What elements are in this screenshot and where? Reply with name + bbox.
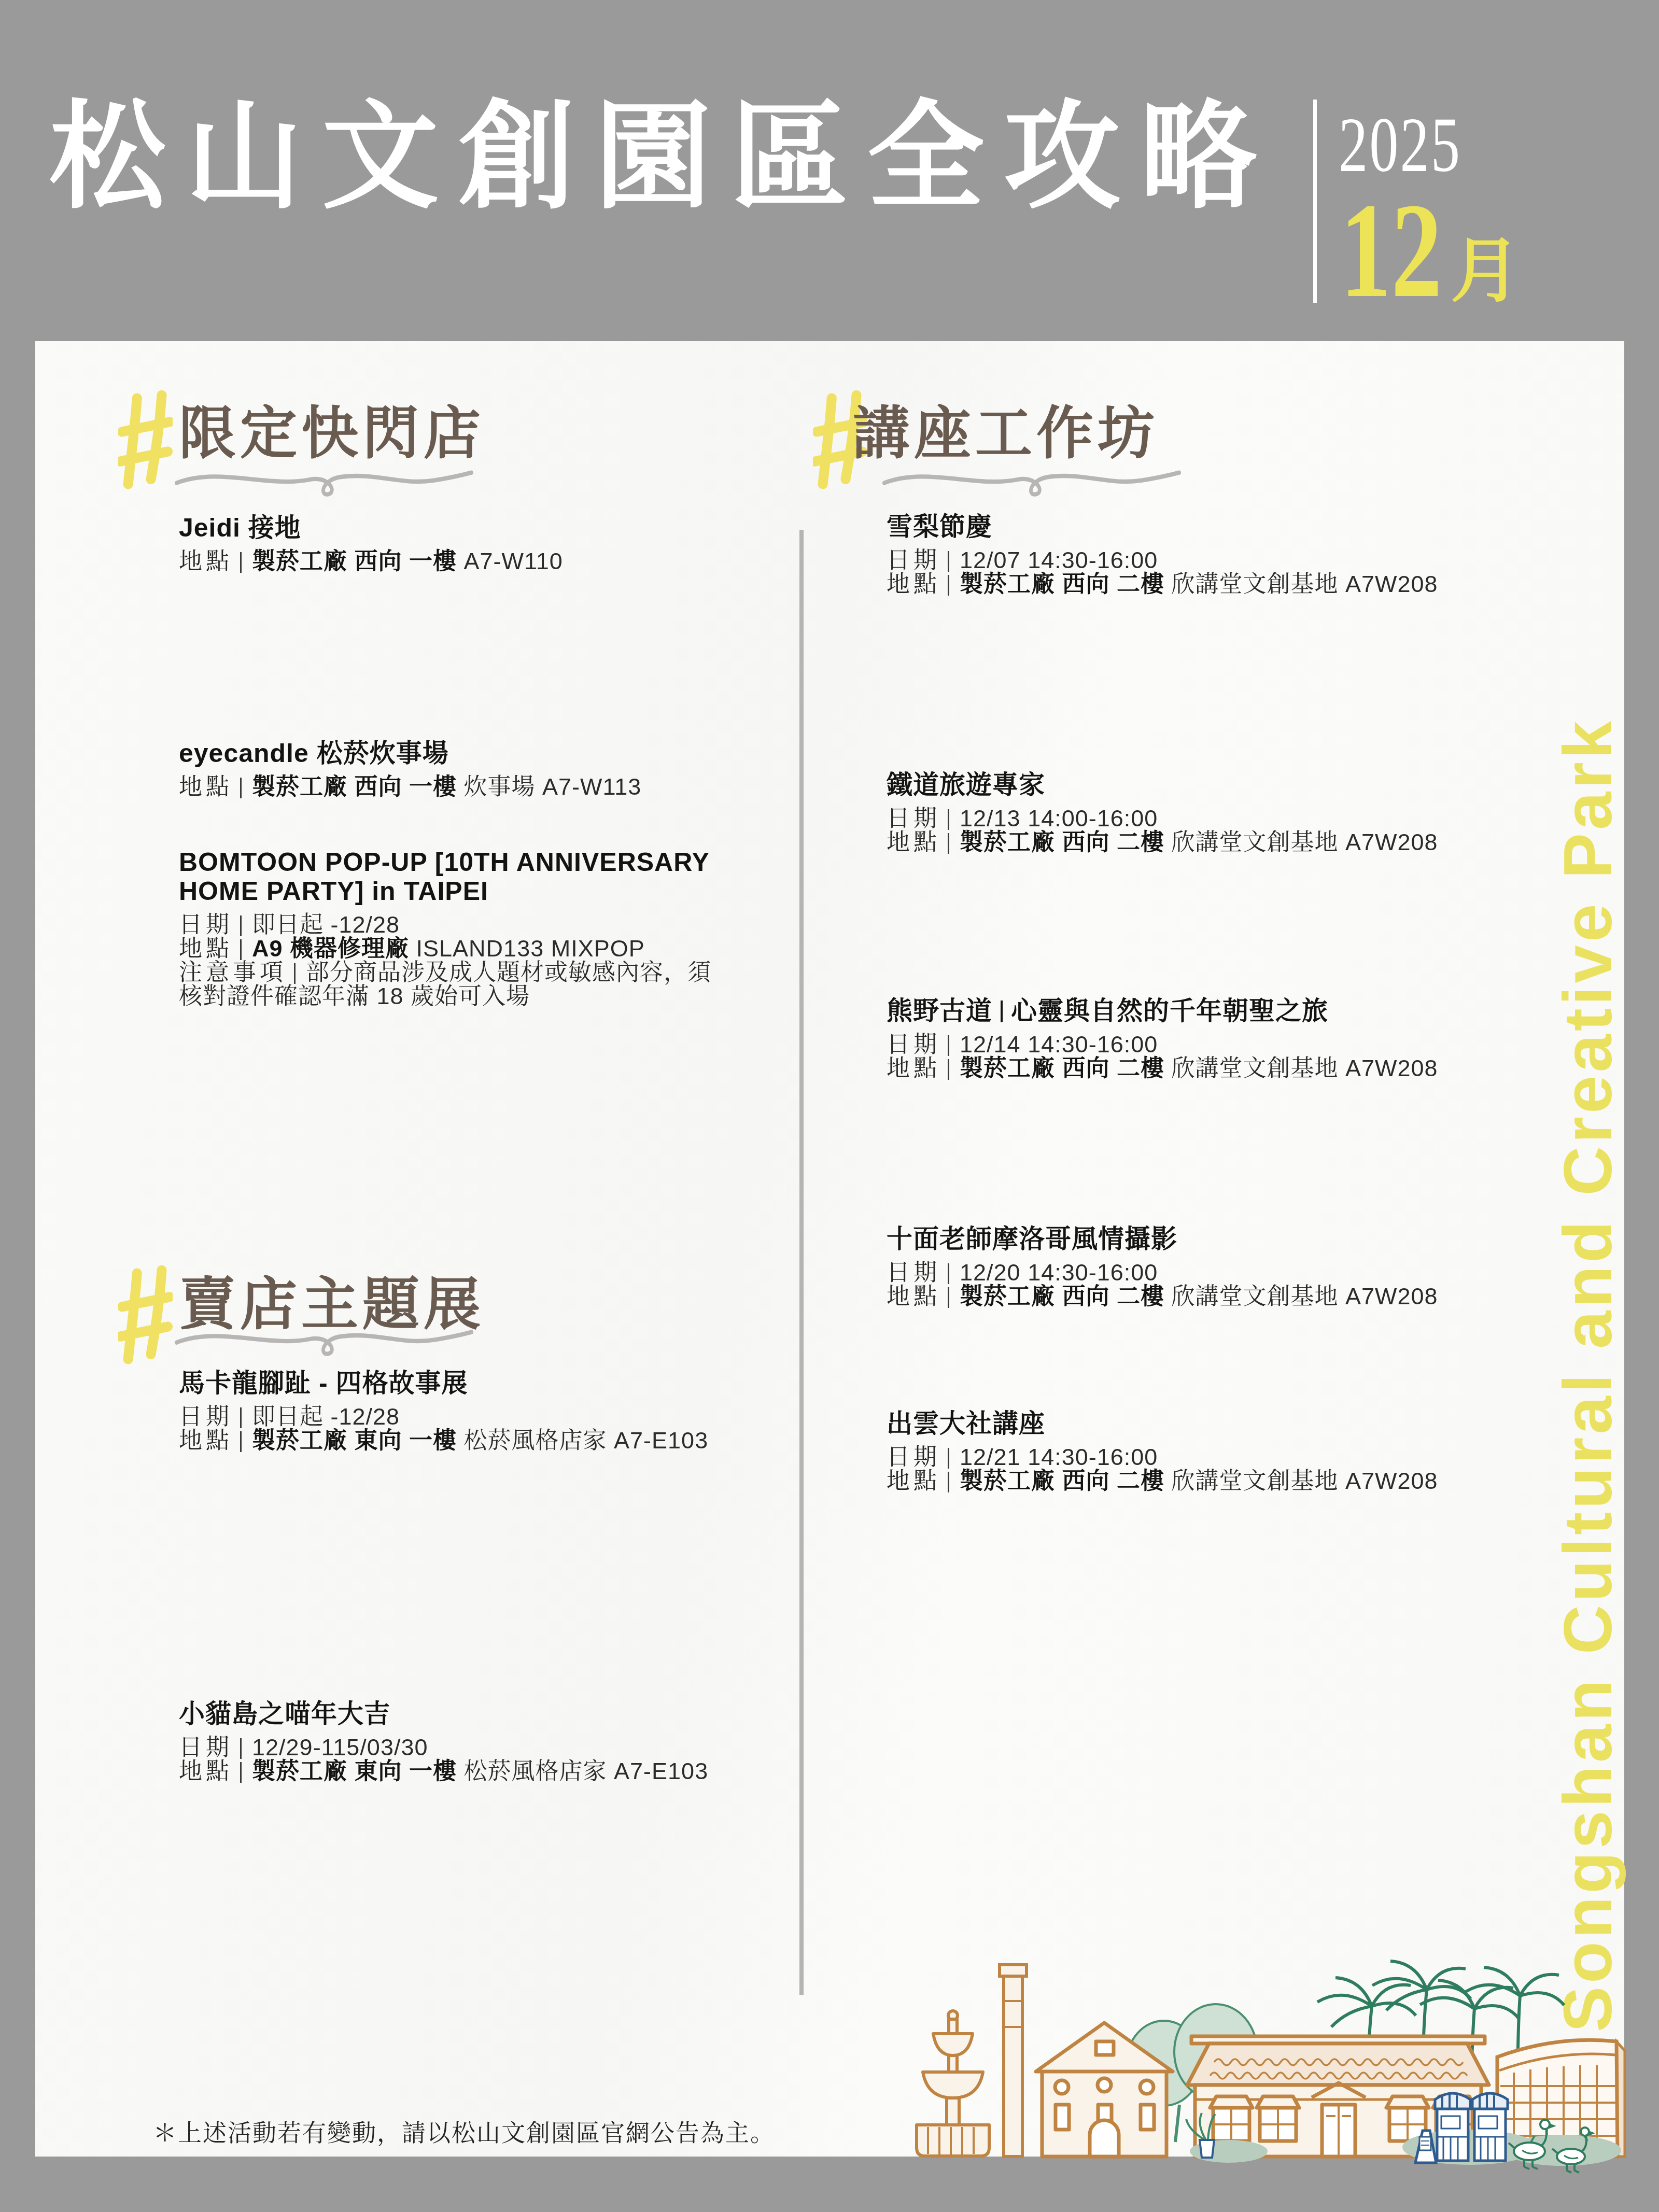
row-value: ISLAND133 MIXPOP — [416, 935, 645, 962]
event-title: BOMTOON POP-UP [10TH ANNIVERSARY — [179, 848, 711, 877]
event-location-row: 地點A9 機器修理廠 ISLAND133 MIXPOP — [179, 937, 711, 961]
separator-bar — [240, 1431, 242, 1452]
separator-bar — [948, 1448, 949, 1469]
row-value: 即日起 -12/28 — [252, 911, 400, 938]
poster-title: 松山文創園區全攻略 — [49, 98, 1276, 215]
row-label: 地點 — [179, 1427, 233, 1454]
event-date-row: 日期12/07 14:30-16:00 — [887, 548, 1438, 572]
event-title: 出雲大社講座 — [887, 1409, 1438, 1438]
event-date-row: 日期即日起 -12/28 — [179, 1405, 708, 1429]
event-location-row: 地點製菸工廠 西向 二樓 欣講堂文創基地 A7W208 — [887, 1285, 1438, 1308]
column-divider-line — [799, 530, 804, 1995]
event-title-line2: HOME PARTY] in TAIPEI — [179, 877, 711, 906]
event-note-row: 注意事項部分商品涉及成人題材或敏感內容，須 — [179, 961, 711, 984]
separator-bar — [948, 1035, 949, 1056]
event-location-row: 地點製菸工廠 西向 二樓 欣講堂文創基地 A7W208 — [887, 1469, 1438, 1493]
event-title: 鐵道旅遊專家 — [887, 770, 1438, 799]
event-location-row: 地點製菸工廠 東向 一樓 松菸風格店家 A7-E103 — [179, 1429, 708, 1453]
park-illustration — [897, 1934, 1628, 2188]
row-value-bold: 製菸工廠 西向 一樓 — [252, 773, 457, 800]
squiggle-underline — [174, 461, 474, 500]
row-value-bold: 製菸工廠 西向 二樓 — [960, 1283, 1164, 1309]
row-value: 欣講堂文創基地 A7W208 — [1172, 1055, 1438, 1081]
squiggle-underline — [881, 461, 1182, 500]
row-value-bold: 製菸工廠 西向 一樓 — [252, 548, 457, 574]
section-title-workshop: 講座工作坊 — [853, 405, 1159, 462]
event-morocco-photography: 十面老師摩洛哥風情攝影 日期12/20 14:30-16:00 地點製菸工廠 西… — [887, 1224, 1438, 1308]
event-sydney-festival: 雪梨節慶 日期12/07 14:30-16:00 地點製菸工廠 西向 二樓 欣講… — [887, 512, 1438, 596]
event-location-row: 地點製菸工廠 西向 二樓 欣講堂文創基地 A7W208 — [887, 572, 1438, 596]
year-label: 2025 — [1339, 106, 1461, 184]
row-label: 日期 — [179, 1734, 233, 1760]
row-value-bold: 製菸工廠 東向 一樓 — [252, 1758, 457, 1784]
row-label: 地點 — [179, 773, 233, 800]
row-label: 地點 — [179, 548, 233, 574]
event-date-row: 日期12/20 14:30-16:00 — [887, 1261, 1438, 1285]
event-bomtoon: BOMTOON POP-UP [10TH ANNIVERSARY HOME PA… — [179, 848, 711, 1008]
row-value: 炊事場 A7-W113 — [464, 773, 642, 800]
row-label: 地點 — [179, 1758, 233, 1784]
event-note-row-2: 核對證件確認年滿 18 歲始可入場 — [179, 984, 711, 1008]
hashtag-icon — [118, 390, 173, 494]
separator-bar — [240, 939, 242, 960]
row-label: 日期 — [887, 1031, 940, 1058]
row-label: 注意事項 — [179, 959, 287, 985]
row-label: 日期 — [887, 805, 940, 832]
event-jeidi: Jeidi 接地 地點製菸工廠 西向 一樓 A7-W110 — [179, 513, 563, 573]
event-title: 小貓島之喵年大吉 — [179, 1699, 708, 1728]
separator-bar — [948, 1287, 949, 1308]
event-location-row: 地點製菸工廠 西向 二樓 欣講堂文創基地 A7W208 — [887, 1056, 1438, 1080]
event-cat-island: 小貓島之喵年大吉 日期12/29-115/03/30 地點製菸工廠 東向 一樓 … — [179, 1699, 708, 1783]
squiggle-underline — [174, 1321, 474, 1360]
separator-bar — [948, 1472, 949, 1492]
row-label: 日期 — [179, 1403, 233, 1430]
row-label: 地點 — [887, 1055, 940, 1081]
separator-bar — [240, 915, 242, 936]
event-date-row: 日期12/13 14:00-16:00 — [887, 807, 1438, 830]
event-title-part1: 熊野古道 — [887, 996, 992, 1025]
event-location-row: 地點製菸工廠 西向 一樓 A7-W110 — [179, 550, 563, 573]
separator-bar — [240, 1762, 242, 1783]
separator-bar — [948, 1059, 949, 1080]
row-value: 12/13 14:00-16:00 — [960, 805, 1158, 832]
row-value-bold: 製菸工廠 西向 二樓 — [960, 571, 1164, 597]
event-title: 熊野古道心靈與自然的千年朝聖之旅 — [887, 996, 1438, 1025]
separator-bar — [240, 552, 242, 573]
row-value: 部分商品涉及成人題材或敏感內容，須 — [306, 959, 711, 985]
event-location-row: 地點製菸工廠 西向 二樓 欣講堂文創基地 A7W208 — [887, 830, 1438, 854]
event-title: 雪梨節慶 — [887, 512, 1438, 541]
event-railway-expert: 鐵道旅遊專家 日期12/13 14:00-16:00 地點製菸工廠 西向 二樓 … — [887, 770, 1438, 854]
vertical-park-name: Songshan Cultural and Creative Park — [1550, 718, 1625, 2032]
section-title-popup: 限定快閃店 — [179, 405, 485, 462]
event-date-row: 日期12/21 14:30-16:00 — [887, 1445, 1438, 1469]
row-value: 欣講堂文創基地 A7W208 — [1172, 1283, 1438, 1309]
separator-bar — [948, 575, 949, 596]
event-title: 馬卡龍腳趾 - 四格故事展 — [179, 1369, 708, 1398]
event-date-row: 日期即日起 -12/28 — [179, 913, 711, 937]
separator-bar — [240, 1738, 242, 1759]
event-kumano-kodo: 熊野古道心靈與自然的千年朝聖之旅 日期12/14 14:30-16:00 地點製… — [887, 996, 1438, 1080]
month-unit: 月 — [1451, 236, 1521, 306]
separator-bar — [240, 778, 242, 798]
event-macaron-toes: 馬卡龍腳趾 - 四格故事展 日期即日起 -12/28 地點製菸工廠 東向 一樓 … — [179, 1369, 708, 1453]
row-value: 12/07 14:30-16:00 — [960, 547, 1158, 573]
hashtag-icon — [118, 1265, 173, 1369]
event-date-row: 日期12/14 14:30-16:00 — [887, 1033, 1438, 1056]
row-value-bold: 製菸工廠 東向 一樓 — [252, 1427, 457, 1454]
event-title: eyecandle 松菸炊事場 — [179, 739, 641, 768]
row-label: 日期 — [179, 911, 233, 938]
separator-bar — [948, 809, 949, 830]
row-label: 地點 — [887, 829, 940, 855]
event-date-row: 日期12/29-115/03/30 — [179, 1736, 708, 1759]
event-location-row: 地點製菸工廠 東向 一樓 松菸風格店家 A7-E103 — [179, 1759, 708, 1783]
row-value-bold: 製菸工廠 西向 二樓 — [960, 1468, 1164, 1494]
event-location-row: 地點製菸工廠 西向 一樓 炊事場 A7-W113 — [179, 775, 641, 799]
row-value-bold: A9 機器修理廠 — [252, 935, 409, 962]
event-izumo-taisha: 出雲大社講座 日期12/21 14:30-16:00 地點製菸工廠 西向 二樓 … — [887, 1409, 1438, 1493]
event-title-part2: 心靈與自然的千年朝聖之旅 — [1011, 996, 1328, 1025]
row-value: 12/14 14:30-16:00 — [960, 1031, 1158, 1058]
row-label: 地點 — [887, 1468, 940, 1494]
row-value: 松菸風格店家 A7-E103 — [464, 1427, 709, 1454]
row-value-bold: 製菸工廠 西向 二樓 — [960, 1055, 1164, 1081]
row-value: 12/20 14:30-16:00 — [960, 1259, 1158, 1286]
row-label: 日期 — [887, 1259, 940, 1286]
separator-bar — [240, 1407, 242, 1428]
row-value: 12/29-115/03/30 — [252, 1734, 428, 1760]
footer-disclaimer: ＊上述活動若有變動，請以松山文創園區官網公告為主。 — [153, 2114, 775, 2148]
event-eyecandle: eyecandle 松菸炊事場 地點製菸工廠 西向 一樓 炊事場 A7-W113 — [179, 739, 641, 799]
event-title: 十面老師摩洛哥風情攝影 — [887, 1224, 1438, 1253]
title-separator-bar — [1001, 1001, 1003, 1022]
month-number: 12 — [1340, 182, 1442, 318]
event-title: Jeidi 接地 — [179, 513, 563, 542]
row-value: 欣講堂文創基地 A7W208 — [1172, 829, 1438, 855]
row-label: 地點 — [887, 571, 940, 597]
row-value: 欣講堂文創基地 A7W208 — [1172, 571, 1438, 597]
year-divider-line — [1313, 100, 1317, 303]
separator-bar — [948, 833, 949, 854]
row-value: 核對證件確認年滿 18 歲始可入場 — [179, 983, 530, 1009]
row-label: 地點 — [179, 935, 233, 962]
separator-bar — [948, 551, 949, 572]
row-label: 日期 — [887, 547, 940, 573]
separator-bar — [294, 963, 296, 984]
row-value: 欣講堂文創基地 A7W208 — [1172, 1468, 1438, 1494]
row-value: 即日起 -12/28 — [252, 1403, 400, 1430]
row-label: 地點 — [887, 1283, 940, 1309]
separator-bar — [948, 1263, 949, 1284]
row-value-bold: 製菸工廠 西向 二樓 — [960, 829, 1164, 855]
row-value: 松菸風格店家 A7-E103 — [464, 1758, 709, 1784]
row-label: 日期 — [887, 1444, 940, 1470]
row-value: 12/21 14:30-16:00 — [960, 1444, 1158, 1470]
row-value: A7-W110 — [464, 548, 563, 574]
